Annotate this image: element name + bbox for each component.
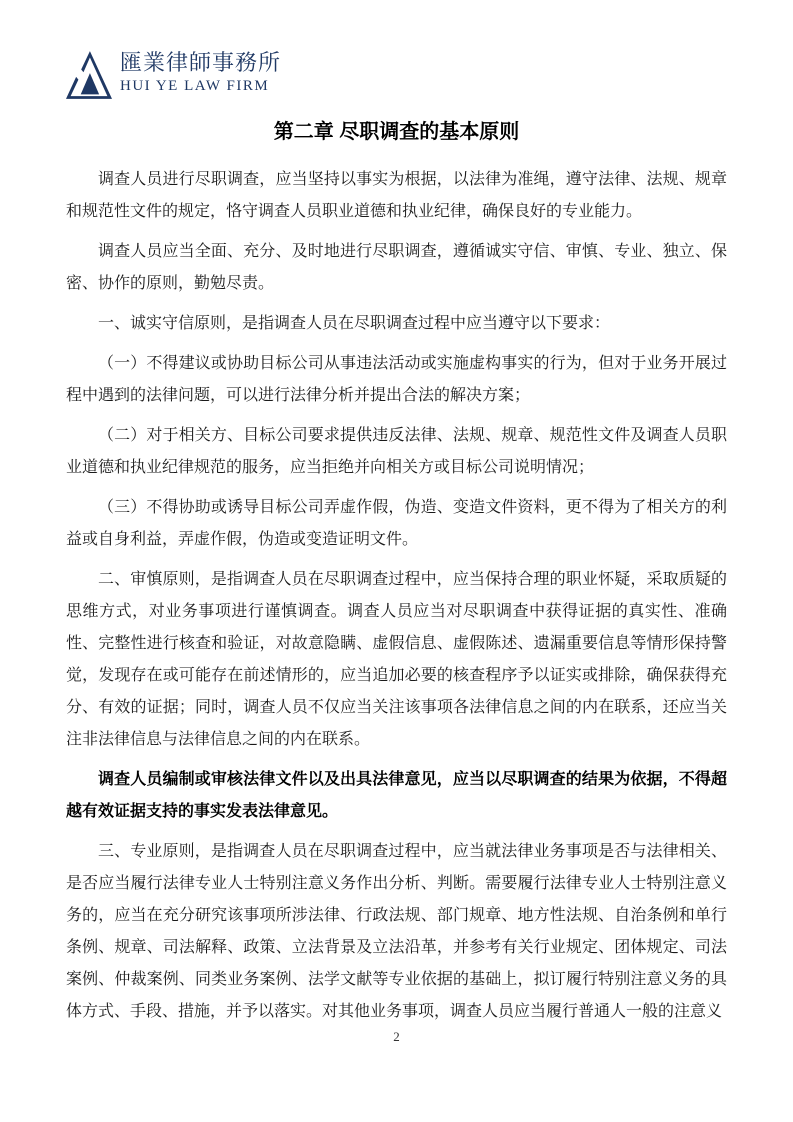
- paragraph-3: 一、诚实守信原则，是指调查人员在尽职调查过程中应当遵守以下要求：: [66, 308, 727, 340]
- firm-name-en: HUI YE LAW FIRM: [120, 76, 281, 96]
- paragraph-1: 调查人员进行尽职调查，应当坚持以事实为根据，以法律为准绳，遵守法律、法规、规章和…: [66, 164, 727, 228]
- paragraph-2: 调查人员应当全面、充分、及时地进行尽职调查，遵循诚实守信、审慎、专业、独立、保密…: [66, 236, 727, 300]
- paragraph-4: （一）不得建议或协助目标公司从事违法活动或实施虚构事实的行为，但对于业务开展过程…: [66, 348, 727, 412]
- letterhead: 匯業律師事務所 HUI YE LAW FIRM: [66, 50, 727, 102]
- page-number: 2: [393, 1029, 400, 1044]
- paragraph-9: 三、专业原则，是指调查人员在尽职调查过程中，应当就法律业务事项是否与法律相关、是…: [66, 836, 727, 1028]
- paragraph-7: 二、审慎原则，是指调查人员在尽职调查过程中，应当保持合理的职业怀疑，采取质疑的思…: [66, 564, 727, 756]
- page-footer: 2: [0, 1028, 793, 1046]
- document-body: 调查人员进行尽职调查，应当坚持以事实为根据，以法律为准绳，遵守法律、法规、规章和…: [66, 164, 727, 1028]
- paragraph-8-bold: 调查人员编制或审核法律文件以及出具法律意见，应当以尽职调查的结果为依据，不得超越…: [66, 764, 727, 828]
- firm-name-zh: 匯業律師事務所: [120, 50, 281, 76]
- paragraph-6: （三）不得协助或诱导目标公司弄虚作假，伪造、变造文件资料，更不得为了相关方的利益…: [66, 492, 727, 556]
- document-page: 匯業律師事務所 HUI YE LAW FIRM 第二章 尽职调查的基本原则 调查…: [0, 0, 793, 1122]
- logo-text: 匯業律師事務所 HUI YE LAW FIRM: [120, 50, 281, 96]
- paragraph-5: （二）对于相关方、目标公司要求提供违反法律、法规、规章、规范性文件及调查人员职业…: [66, 420, 727, 484]
- chapter-title: 第二章 尽职调查的基本原则: [66, 116, 727, 148]
- huiye-logo-icon: [66, 50, 112, 100]
